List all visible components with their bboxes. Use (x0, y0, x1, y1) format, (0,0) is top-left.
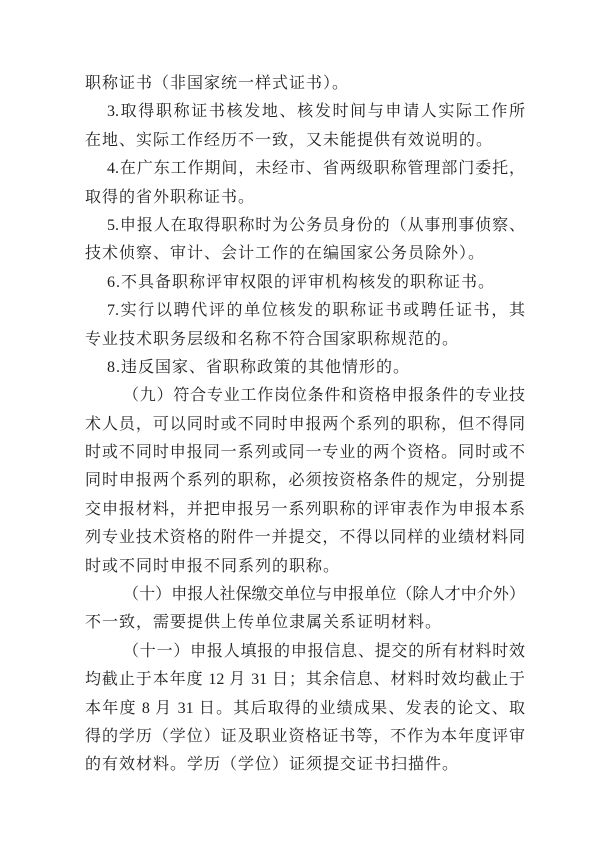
text-line: 本年度 8 月 31 日。其后取得的业绩成果、发表的论文、取 (85, 695, 525, 723)
paragraph: 7.实行以聘代评的单位核发的职称证书或聘任证书，其专业技术职务层级和名称不符合国… (85, 297, 525, 354)
paragraph: 8.违反国家、省职称政策的其他情形的。 (85, 354, 525, 382)
text-line: 7.实行以聘代评的单位核发的职称证书或聘任证书，其 (85, 297, 525, 325)
text-line: 得的学历（学位）证及职业资格证书等，不作为本年度评审 (85, 723, 525, 751)
text-line: 4.在广东工作期间，未经市、省两级职称管理部门委托， (85, 155, 525, 183)
paragraph: （九）符合专业工作岗位条件和资格申报条件的专业技术人员，可以同时或不同时申报两个… (85, 382, 525, 581)
text-line: 术人员，可以同时或不同时申报两个系列的职称，但不得同 (85, 411, 525, 439)
text-line: （十）申报人社保缴交单位与申报单位（除人才中介外） (85, 581, 525, 609)
text-line: 同时申报两个系列的职称，必须按资格条件的规定，分别提 (85, 467, 525, 495)
text-line: 专业技术职务层级和名称不符合国家职称规范的。 (85, 326, 525, 354)
text-line: 3.取得职称证书核发地、核发时间与申请人实际工作所 (85, 98, 525, 126)
text-line: 不一致，需要提供上传单位隶属关系证明材料。 (85, 609, 525, 637)
paragraph: 职称证书（非国家统一样式证书）。 (85, 70, 525, 98)
paragraph: 5.申报人在取得职称时为公务员身份的（从事刑事侦察、技术侦察、审计、会计工作的在… (85, 212, 525, 269)
text-line: 的有效材料。学历（学位）证须提交证书扫描件。 (85, 751, 525, 779)
paragraph: 4.在广东工作期间，未经市、省两级职称管理部门委托，取得的省外职称证书。 (85, 155, 525, 212)
paragraph: 6.不具备职称评审权限的评审机构核发的职称证书。 (85, 269, 525, 297)
paragraph: 3.取得职称证书核发地、核发时间与申请人实际工作所在地、实际工作经历不一致，又未… (85, 98, 525, 155)
text-line: （十一）申报人填报的申报信息、提交的所有材料时效 (85, 638, 525, 666)
text-line: 时或不同时申报不同系列的职称。 (85, 553, 525, 581)
text-line: 6.不具备职称评审权限的评审机构核发的职称证书。 (85, 269, 525, 297)
text-line: 职称证书（非国家统一样式证书）。 (85, 70, 525, 98)
document-text-block: 职称证书（非国家统一样式证书）。3.取得职称证书核发地、核发时间与申请人实际工作… (85, 70, 525, 780)
text-line: 在地、实际工作经历不一致，又未能提供有效说明的。 (85, 127, 525, 155)
text-line: 列专业技术资格的附件一并提交，不得以同样的业绩材料同 (85, 524, 525, 552)
text-line: 时或不同时申报同一系列或同一专业的两个资格。同时或不 (85, 439, 525, 467)
text-line: 均截止于本年度 12 月 31 日；其余信息、材料时效均截止于 (85, 666, 525, 694)
text-line: 取得的省外职称证书。 (85, 184, 525, 212)
paragraph: （十）申报人社保缴交单位与申报单位（除人才中介外）不一致，需要提供上传单位隶属关… (85, 581, 525, 638)
text-line: （九）符合专业工作岗位条件和资格申报条件的专业技 (85, 382, 525, 410)
text-line: 交申报材料，并把申报另一系列职称的评审表作为申报本系 (85, 496, 525, 524)
document-page: 职称证书（非国家统一样式证书）。3.取得职称证书核发地、核发时间与申请人实际工作… (0, 0, 610, 865)
text-line: 8.违反国家、省职称政策的其他情形的。 (85, 354, 525, 382)
text-line: 5.申报人在取得职称时为公务员身份的（从事刑事侦察、 (85, 212, 525, 240)
text-line: 技术侦察、审计、会计工作的在编国家公务员除外）。 (85, 240, 525, 268)
paragraph: （十一）申报人填报的申报信息、提交的所有材料时效均截止于本年度 12 月 31 … (85, 638, 525, 780)
